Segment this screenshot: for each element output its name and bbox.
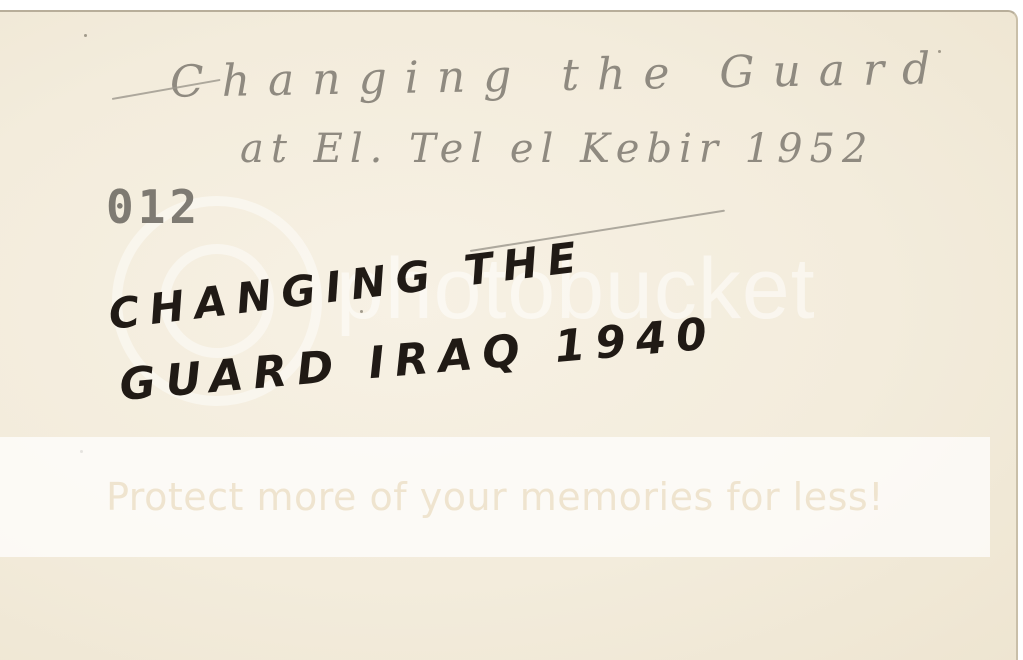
pencil-note-line2: at El. Tel el Kebir 1952 [240,126,875,172]
stamp-number: 012 [106,180,201,234]
watermark-banner-text: Protect more of your memories for less! [106,475,884,519]
watermark-banner: Protect more of your memories for less! [0,437,990,557]
paper-speck [84,34,87,37]
